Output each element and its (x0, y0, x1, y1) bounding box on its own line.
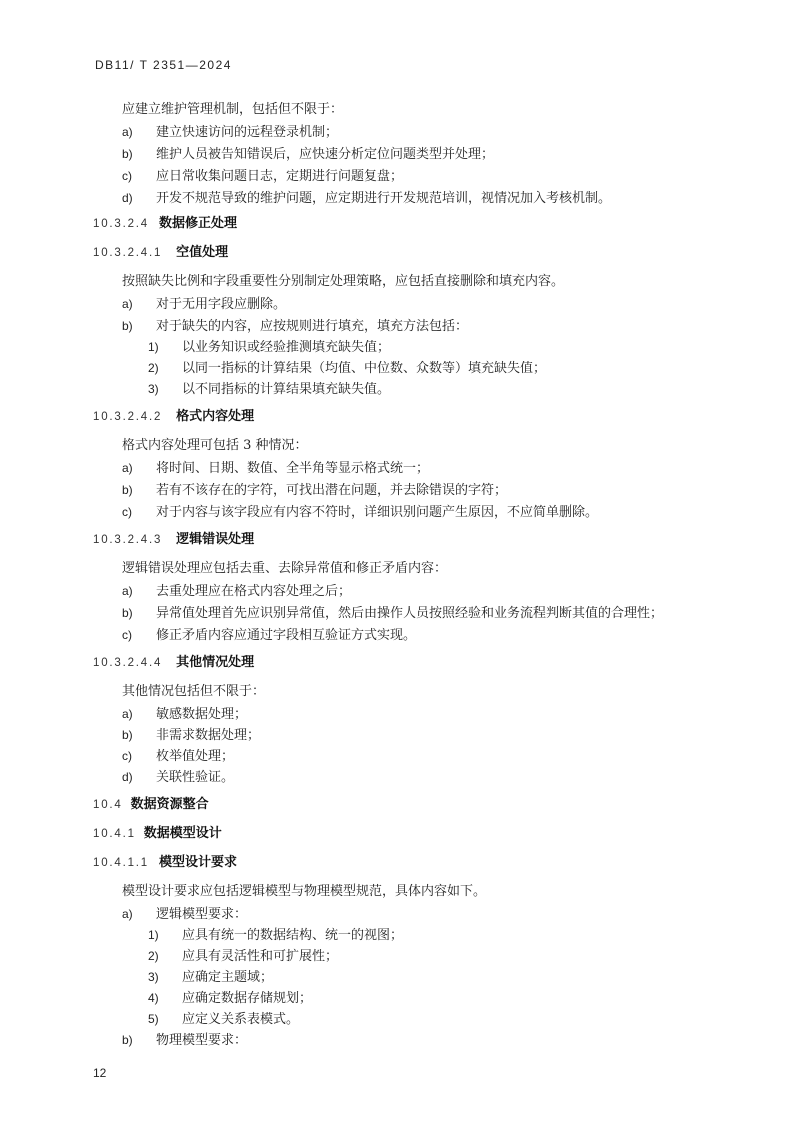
paragraph: 其他情况包括但不限于： (122, 684, 265, 700)
list-item-text: 枚举值处理； (156, 749, 234, 764)
list-marker: c) (122, 504, 156, 520)
paragraph: 模型设计要求应包括逻辑模型与物理模型规范，具体内容如下。 (122, 884, 486, 900)
list-item-text: 应定义关系表模式。 (182, 1012, 299, 1027)
list-item-text: 以不同指标的计算结果填充缺失值。 (182, 382, 390, 397)
list-item: d)开发不规范导致的维护问题，应定期进行开发规范培训，视情况加入考核机制。 (122, 190, 611, 207)
section-heading: 10.4.1数据模型设计 (93, 826, 222, 842)
section-number: 10.4 (93, 799, 123, 811)
section-number: 10.4.1.1 (93, 857, 149, 869)
section-number: 10.3.2.4.4 (93, 657, 162, 669)
paragraph: 按照缺失比例和字段重要性分别制定处理策略，应包括直接删除和填充内容。 (122, 274, 564, 290)
section-title: 逻辑错误处理 (176, 532, 254, 547)
list-item: a)建立快速访问的远程登录机制； (122, 124, 338, 141)
list-marker: b) (122, 1032, 156, 1048)
list-item: b)若有不该存在的字符，可找出潜在问题，并去除错误的字符； (122, 482, 507, 499)
section-number: 10.4.1 (93, 828, 136, 840)
list-item-text: 应具有统一的数据结构、统一的视图； (182, 928, 403, 943)
list-item-text: 若有不该存在的字符，可找出潜在问题，并去除错误的字符； (156, 483, 507, 498)
list-item-text: 应具有灵活性和可扩展性； (182, 949, 338, 964)
section-heading: 10.4数据资源整合 (93, 797, 209, 813)
list-marker: 2) (148, 360, 182, 376)
list-item: a)去重处理应在格式内容处理之后； (122, 583, 351, 600)
list-marker: d) (122, 190, 156, 206)
sub-list-item: 1)应具有统一的数据结构、统一的视图； (148, 927, 403, 944)
list-item: b)异常值处理首先应识别异常值，然后由操作人员按照经验和业务流程判断其值的合理性… (122, 605, 663, 622)
list-item: c)应日常收集问题日志，定期进行问题复盘； (122, 168, 403, 185)
list-item: c)修正矛盾内容应通过字段相互验证方式实现。 (122, 627, 416, 644)
list-marker: b) (122, 605, 156, 621)
list-marker: 1) (148, 339, 182, 355)
list-marker: b) (122, 146, 156, 162)
list-marker: a) (122, 460, 156, 476)
list-item-text: 应日常收集问题日志，定期进行问题复盘； (156, 169, 403, 184)
paragraph: 逻辑错误处理应包括去重、去除异常值和修正矛盾内容： (122, 561, 447, 577)
page-number: 12 (93, 1066, 106, 1080)
section-title: 格式内容处理 (176, 409, 254, 424)
list-item-text: 关联性验证。 (156, 770, 234, 785)
list-item-text: 对于缺失的内容，应按规则进行填充，填充方法包括： (156, 319, 468, 334)
list-item-text: 异常值处理首先应识别异常值，然后由操作人员按照经验和业务流程判断其值的合理性； (156, 606, 663, 621)
sub-list-item: 2)以同一指标的计算结果（均值、中位数、众数等）填充缺失值； (148, 360, 546, 377)
list-item: a)将时间、日期、数值、全半角等显示格式统一； (122, 460, 429, 477)
list-marker: c) (122, 748, 156, 764)
section-heading: 10.3.2.4.4其他情况处理 (93, 655, 254, 671)
list-marker: a) (122, 706, 156, 722)
list-marker: c) (122, 168, 156, 184)
list-marker: 3) (148, 381, 182, 397)
list-item-text: 维护人员被告知错误后，应快速分析定位问题类型并处理； (156, 147, 494, 162)
list-item-text: 开发不规范导致的维护问题，应定期进行开发规范培训，视情况加入考核机制。 (156, 191, 611, 206)
list-item-text: 逻辑模型要求： (156, 907, 247, 922)
section-title: 数据修正处理 (159, 216, 237, 231)
list-item: c)枚举值处理； (122, 748, 234, 765)
list-item-text: 以同一指标的计算结果（均值、中位数、众数等）填充缺失值； (182, 361, 546, 376)
list-item-text: 对于无用字段应删除。 (156, 297, 286, 312)
section-heading: 10.3.2.4.2格式内容处理 (93, 409, 254, 425)
paragraph: 格式内容处理可包括 3 种情况： (122, 438, 308, 454)
list-marker: 5) (148, 1011, 182, 1027)
list-item-text: 应确定数据存储规划； (182, 991, 312, 1006)
section-title: 其他情况处理 (176, 655, 254, 670)
list-item: d)关联性验证。 (122, 769, 234, 786)
paragraph: 应建立维护管理机制，包括但不限于： (122, 102, 343, 118)
list-item-text: 物理模型要求： (156, 1033, 247, 1048)
list-item-text: 对于内容与该字段应有内容不符时，详细识别问题产生原因，不应简单删除。 (156, 505, 598, 520)
section-title: 空值处理 (176, 245, 228, 260)
section-title: 数据资源整合 (131, 797, 209, 812)
sub-list-item: 1)以业务知识或经验推测填充缺失值； (148, 339, 390, 356)
list-marker: b) (122, 727, 156, 743)
section-number: 10.3.2.4.1 (93, 247, 162, 259)
list-marker: b) (122, 318, 156, 334)
list-marker: a) (122, 583, 156, 599)
list-item-text: 去重处理应在格式内容处理之后； (156, 584, 351, 599)
list-marker: 1) (148, 927, 182, 943)
section-number: 10.3.2.4 (93, 218, 149, 230)
list-item: a)敏感数据处理； (122, 706, 247, 723)
list-item: a)对于无用字段应删除。 (122, 296, 286, 313)
section-title: 模型设计要求 (159, 855, 237, 870)
sub-list-item: 4)应确定数据存储规划； (148, 990, 312, 1007)
list-item: c)对于内容与该字段应有内容不符时，详细识别问题产生原因，不应简单删除。 (122, 504, 598, 521)
list-item: b)物理模型要求： (122, 1032, 247, 1049)
sub-list-item: 2)应具有灵活性和可扩展性； (148, 948, 338, 965)
list-item: b)对于缺失的内容，应按规则进行填充，填充方法包括： (122, 318, 468, 335)
section-heading: 10.4.1.1模型设计要求 (93, 855, 237, 871)
section-heading: 10.3.2.4数据修正处理 (93, 216, 237, 232)
list-marker: a) (122, 124, 156, 140)
list-item: a)逻辑模型要求： (122, 906, 247, 923)
list-item: b)维护人员被告知错误后，应快速分析定位问题类型并处理； (122, 146, 494, 163)
sub-list-item: 3)以不同指标的计算结果填充缺失值。 (148, 381, 390, 398)
document-code-header: DB11/ T 2351—2024 (95, 58, 232, 72)
section-title: 数据模型设计 (144, 826, 222, 841)
section-heading: 10.3.2.4.3逻辑错误处理 (93, 532, 254, 548)
list-marker: a) (122, 296, 156, 312)
sub-list-item: 3)应确定主题域； (148, 969, 273, 986)
sub-list-item: 5)应定义关系表模式。 (148, 1011, 299, 1028)
list-item-text: 非需求数据处理； (156, 728, 260, 743)
list-item-text: 应确定主题域； (182, 970, 273, 985)
list-marker: a) (122, 906, 156, 922)
list-item-text: 以业务知识或经验推测填充缺失值； (182, 340, 390, 355)
list-item-text: 敏感数据处理； (156, 707, 247, 722)
list-item-text: 修正矛盾内容应通过字段相互验证方式实现。 (156, 628, 416, 643)
list-marker: 3) (148, 969, 182, 985)
list-item: b)非需求数据处理； (122, 727, 260, 744)
list-marker: d) (122, 769, 156, 785)
list-marker: b) (122, 482, 156, 498)
list-marker: 2) (148, 948, 182, 964)
list-marker: c) (122, 627, 156, 643)
section-heading: 10.3.2.4.1空值处理 (93, 245, 228, 261)
section-number: 10.3.2.4.3 (93, 534, 162, 546)
list-marker: 4) (148, 990, 182, 1006)
list-item-text: 将时间、日期、数值、全半角等显示格式统一； (156, 461, 429, 476)
section-number: 10.3.2.4.2 (93, 411, 162, 423)
list-item-text: 建立快速访问的远程登录机制； (156, 125, 338, 140)
